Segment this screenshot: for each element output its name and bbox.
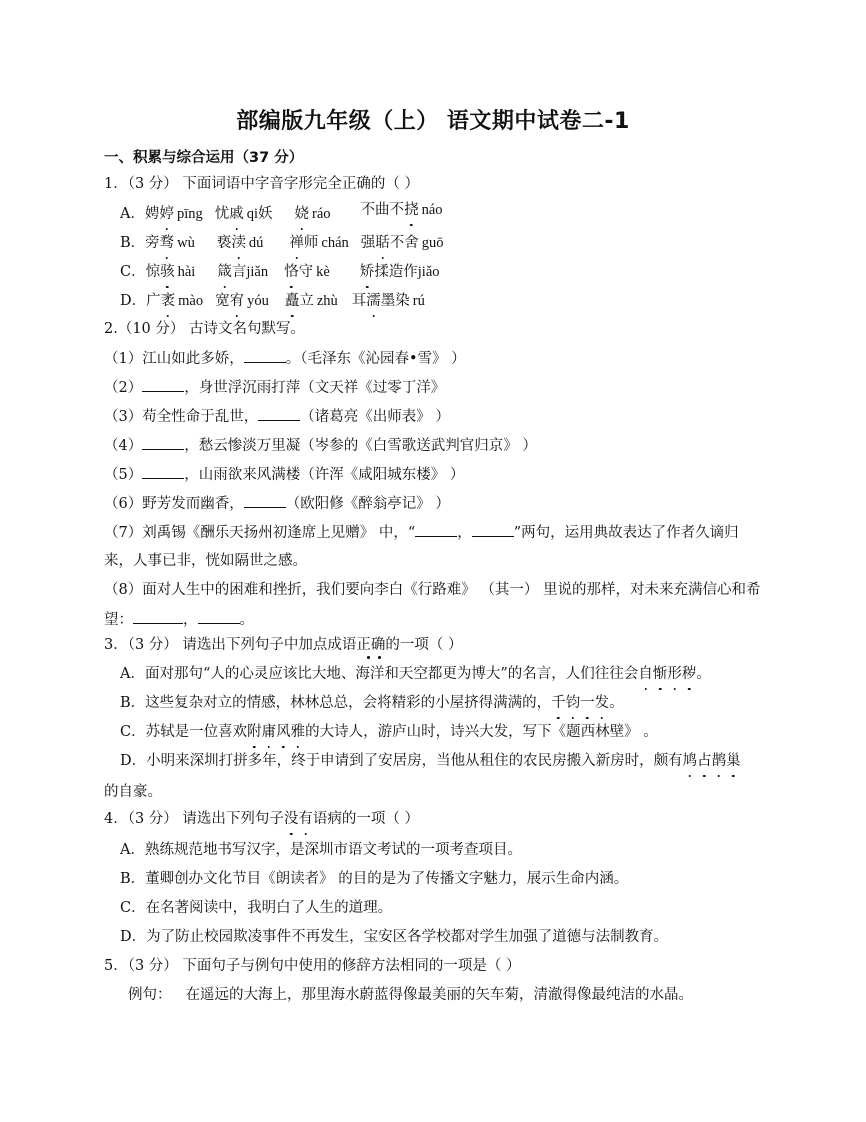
q2-item-2: （2），身世浮沉雨打萍（文天祥《过零丁洋》 <box>104 377 445 398</box>
emphasized-char: 自 <box>638 664 653 684</box>
emphasized-char: 形 <box>667 664 682 684</box>
answer-blank[interactable] <box>244 348 286 363</box>
answer-blank[interactable] <box>244 493 286 508</box>
emphasized-char: 巢 <box>726 751 741 771</box>
emphasized-char: 没 <box>284 809 299 829</box>
word: 亵渎dú <box>217 235 264 251</box>
emphasized-char: 雅 <box>291 722 306 742</box>
q4-option-d: D．为了防止校园欺凌事件不再发生，宝安区各学校都对学生加强了道德与法制教育。 <box>120 927 668 947</box>
option-label: A． <box>120 206 145 222</box>
answer-blank[interactable] <box>472 522 514 537</box>
q3-option-c: C．苏轼是一位喜欢附庸风雅的大诗人，游庐山时，诗兴大发，写下《题西林壁》 。 <box>120 722 658 742</box>
answer-blank[interactable] <box>198 609 240 624</box>
answer-blank[interactable] <box>142 464 184 479</box>
word: 恪守kè <box>284 264 330 280</box>
stem-emphasis-dots <box>367 656 381 659</box>
emphasized-char: 一 <box>580 693 595 713</box>
emphasized-char: 鸠 <box>683 751 698 771</box>
word: 禅师chán <box>289 235 348 251</box>
exam-page: 部编版九年级（上） 语文期中试卷二-1 一、积累与综合运用（37 分） 1．（3… <box>0 0 866 1122</box>
emphasized-char: 钧 <box>566 693 581 713</box>
word: 矗立zhù <box>285 293 338 309</box>
emphasized-idiom: 自惭形秽 <box>638 666 696 682</box>
q1-option-d: D．广袤mào宽宥yóu矗立zhù耳濡墨染rú <box>120 291 425 311</box>
q1-option-b: B．旁骛wù亵渎dú禅师chán强聒不舍guō <box>120 233 444 253</box>
word: 宽宥yóu <box>215 293 269 309</box>
word: 矫揉造作jiǎo <box>360 264 440 280</box>
q2-item-5: （5），山雨欲来风满楼（许浑《咸阳城东楼》 ） <box>104 464 464 485</box>
q5-example: 例句：在遥远的大海上，那里海水蔚蓝得像最美丽的矢车菊，清澈得像最纯洁的水晶。 <box>128 985 693 1005</box>
word: 忧戚qi妖 <box>215 206 273 222</box>
q4-option-b: B．董卿创办文化节目《朗读者》 的目的是为了传播文字魅力，展示生命内涵。 <box>120 869 628 889</box>
question-2-stem: 2.（10 分） 古诗文名句默写。 <box>104 319 305 339</box>
word: 旁骛wù <box>145 235 195 251</box>
emphasized-char: 发 <box>595 693 610 713</box>
word: 耳濡墨染rú <box>352 293 425 309</box>
q4-option-c: C．在名著阅读中，我明白了人生的道理。 <box>120 898 392 918</box>
word: 不曲不挠náo <box>361 202 443 218</box>
q2-item-6: （6）野芳发而幽香，（欧阳修《醉翁亭记》 ） <box>104 493 450 514</box>
emphasized-idiom: 千钧一发 <box>551 695 609 711</box>
emphasized-char: 秽 <box>682 664 697 684</box>
q2-item-8-cont: 望：，。 <box>104 609 254 630</box>
q1-option-a: A．娉婷pīng忧戚qi妖娆ráo不曲不挠náo <box>120 204 443 224</box>
answer-blank[interactable] <box>133 609 183 624</box>
question-3-stem: 3．（3 分） 请选出下列句子中加点成语正确的一项（ ） <box>104 635 463 655</box>
q2-item-7: （7）刘禹锡《酬乐天扬州初逢席上见赠》 中，“，”两句，运用典故表达了作者久谪归 <box>104 522 739 543</box>
q2-item-1: （1）江山如此多娇，。（毛泽东《沁园春•雪》 ） <box>104 348 466 369</box>
q2-item-7-cont: 来，人事已非，恍如隔世之感。 <box>104 551 307 571</box>
word: 箴言jiǎn <box>217 264 268 280</box>
question-4-stem: 4．（3 分） 请选出下列句子没有语病的一项（ ） <box>104 809 419 829</box>
q2-item-4: （4），愁云惨淡万里凝（岑参的《白雪歌送武判官归京》 ） <box>104 435 537 456</box>
emphasized-char: 鹊 <box>712 751 727 771</box>
q3-option-d: D．小明来深圳打拼多年，终于申请到了安居房，当他从租住的农民房搬入新房时，颇有鸠… <box>120 751 741 771</box>
q3-option-b: B．这些复杂对立的情感，林林总总，会将精彩的小屋挤得满满的，千钧一发。 <box>120 693 624 713</box>
q2-item-3: （3）苟全性命于乱世，（诸葛亮《出师表》 ） <box>104 406 450 427</box>
option-label: C． <box>120 264 146 280</box>
word: 娉婷pīng <box>145 206 203 222</box>
q2-item-8: （8）面对人生中的困难和挫折，我们要向李白《行路难》 （其一） 里说的那样，对未… <box>104 580 760 600</box>
question-1-stem: 1．（3 分） 下面词语中字音字形完全正确的（ ） <box>104 174 419 194</box>
word: 强聒不舍guō <box>361 235 444 251</box>
word: 广袤mào <box>146 293 203 309</box>
q3-option-d-cont: 的自豪。 <box>104 782 162 802</box>
answer-blank[interactable] <box>142 435 184 450</box>
answer-blank[interactable] <box>142 377 184 392</box>
emphasized-char: 庸 <box>262 722 277 742</box>
example-label: 例句： <box>128 987 172 1003</box>
emphasized-idiom: 鸠占鹊巢 <box>683 753 741 769</box>
option-label: D． <box>120 293 146 309</box>
question-5-stem: 5．（3 分） 下面句子与例句中使用的修辞方法相同的一项是（ ） <box>104 956 521 976</box>
emphasized-char: 风 <box>276 722 291 742</box>
emphasized-idiom: 附庸风雅 <box>247 724 305 740</box>
q1-option-c: C．惊骇hài箴言jiǎn恪守kè矫揉造作jiǎo <box>120 262 440 282</box>
word: 惊骇hài <box>146 264 196 280</box>
q3-option-a: A．面对那句“人的心灵应该比大地、海洋和天空都更为博大”的名言，人们往往会自惭形… <box>120 664 711 684</box>
answer-blank[interactable] <box>415 522 457 537</box>
option-label: B． <box>120 235 145 251</box>
section-heading: 一、积累与综合运用（37 分） <box>104 146 303 167</box>
page-title: 部编版九年级（上） 语文期中试卷二-1 <box>0 104 866 135</box>
word: 娆ráo <box>295 206 331 222</box>
emphasized-char: 附 <box>247 722 262 742</box>
q4-option-a: A．熟练规范地书写汉字，是深圳市语文考试的一项考查项目。 <box>120 840 522 860</box>
emphasized-char: 惭 <box>653 664 668 684</box>
emphasized-char: 千 <box>551 693 566 713</box>
answer-blank[interactable] <box>258 406 300 421</box>
example-text: 在遥远的大海上，那里海水蔚蓝得像最美丽的矢车菊，清澈得像最纯洁的水晶。 <box>186 987 694 1003</box>
emphasized-char: 占 <box>697 751 712 771</box>
emphasized-char: 有 <box>298 809 313 829</box>
